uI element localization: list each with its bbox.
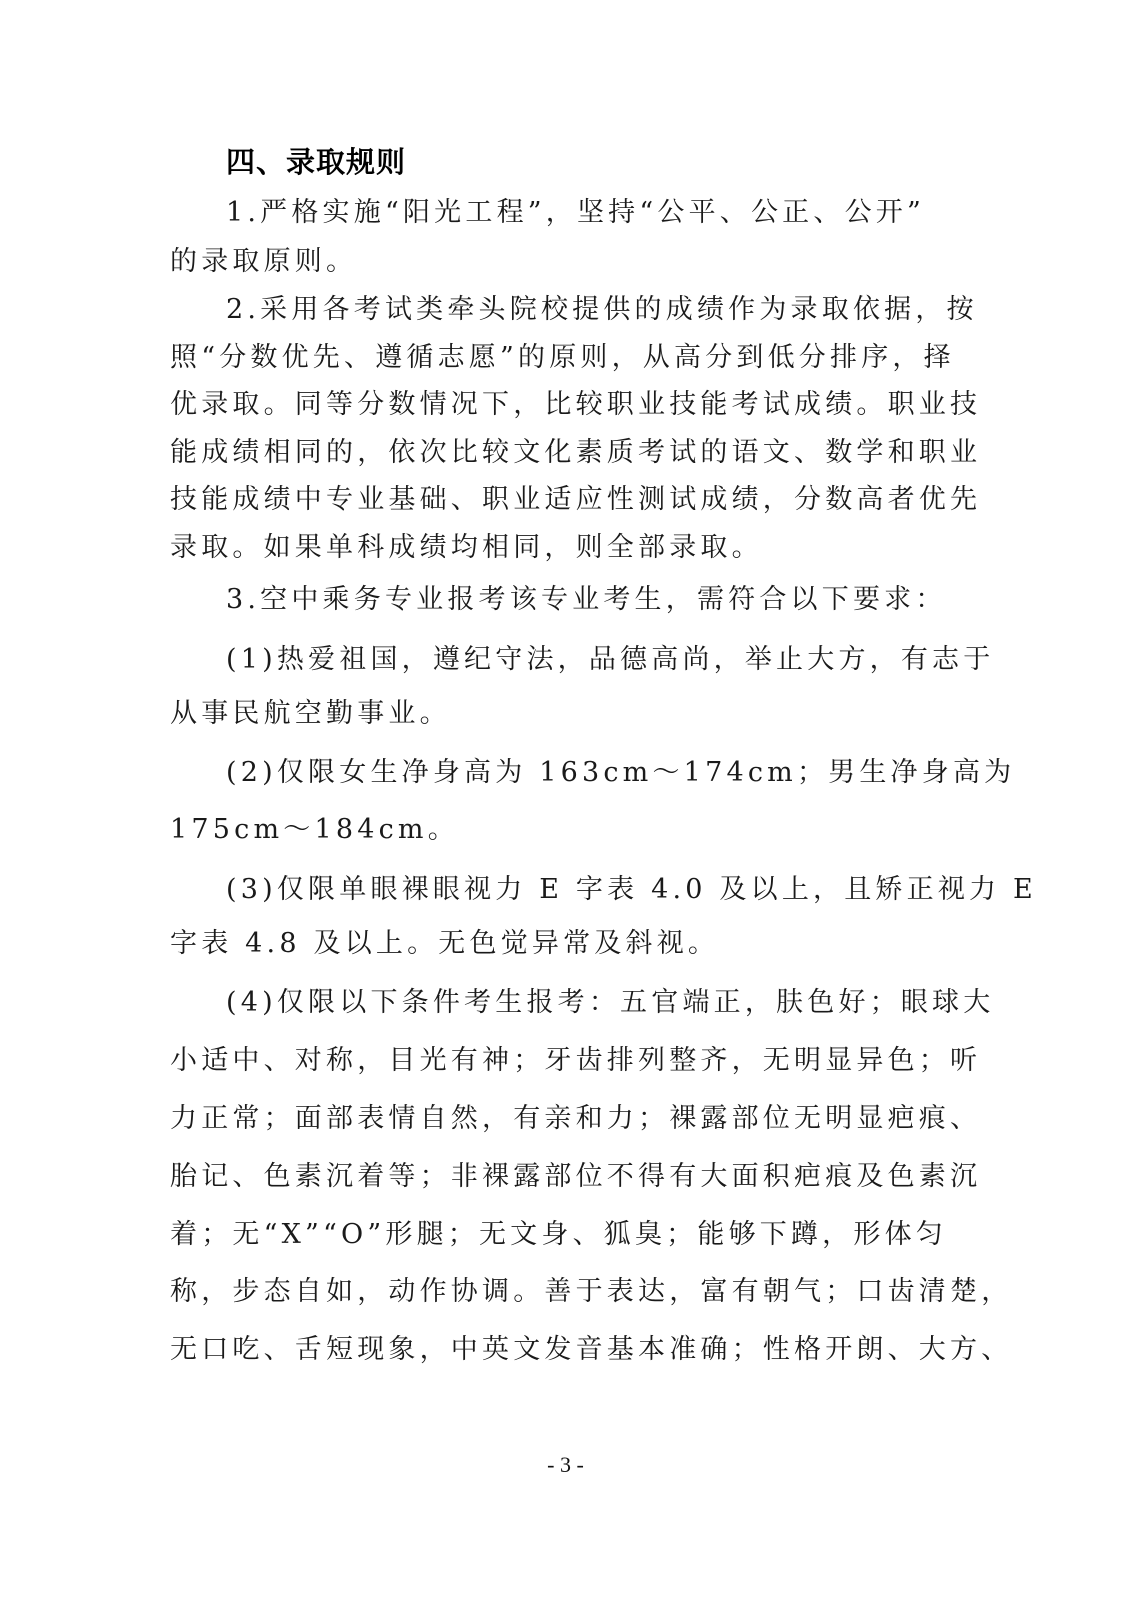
paragraph-line: 无口吃、舌短现象，中英文发音基本准确；性格开朗、大方、 (170, 1333, 1012, 1367)
paragraph-line: 的录取原则。 (170, 245, 357, 279)
paragraph-line: 能成绩相同的，依次比较文化素质考试的语文、数学和职业 (170, 436, 981, 470)
paragraph-line: 从事民航空勤事业。 (170, 697, 451, 731)
paragraph-line: 175cm～184cm。 (170, 813, 459, 847)
paragraph-line: (2)仅限女生净身高为 163cm～174cm；男生净身高为 (226, 756, 1015, 790)
paragraph-line: 录取。如果单科成绩均相同，则全部录取。 (170, 531, 763, 565)
paragraph-line: 称，步态自如，动作协调。善于表达，富有朝气；口齿清楚， (170, 1275, 1012, 1309)
paragraph-line: 2.采用各考试类牵头院校提供的成绩作为录取依据，按 (226, 293, 978, 327)
paragraph-line: 着；无“X”“O”形腿；无文身、狐臭；能够下蹲，形体匀 (170, 1218, 947, 1252)
paragraph-line: 力正常；面部表情自然，有亲和力；裸露部位无明显疤痕、 (170, 1102, 981, 1136)
page-number: - 3 - (0, 1452, 1131, 1478)
paragraph-line: (1)热爱祖国，遵纪守法，品德高尚，举止大方，有志于 (226, 643, 994, 677)
paragraph-line: 小适中、对称，目光有神；牙齿排列整齐，无明显异色；听 (170, 1044, 981, 1078)
paragraph-line: 字表 4.8 及以上。无色觉异常及斜视。 (170, 927, 719, 961)
paragraph-line: 1.严格实施“阳光工程”，坚持“公平、公正、公开” (226, 196, 925, 230)
paragraph-line: (3)仅限单眼裸眼视力 E 字表 4.0 及以上，且矫正视力 E (226, 873, 1037, 907)
document-page: 四、录取规则 1.严格实施“阳光工程”，坚持“公平、公正、公开” 的录取原则。 … (0, 0, 1131, 1600)
paragraph-line: 3.空中乘务专业报考该专业考生，需符合以下要求： (226, 583, 947, 617)
section-heading: 四、录取规则 (226, 144, 406, 180)
paragraph-line: 胎记、色素沉着等；非裸露部位不得有大面积疤痕及色素沉 (170, 1160, 981, 1194)
paragraph-line: (4)仅限以下条件考生报考：五官端正，肤色好；眼球大 (226, 986, 994, 1020)
paragraph-line: 优录取。同等分数情况下，比较职业技能考试成绩。职业技 (170, 388, 981, 422)
paragraph-line: 照“分数优先、遵循志愿”的原则，从高分到低分排序，择 (170, 341, 955, 375)
paragraph-line: 技能成绩中专业基础、职业适应性测试成绩，分数高者优先 (170, 483, 981, 517)
